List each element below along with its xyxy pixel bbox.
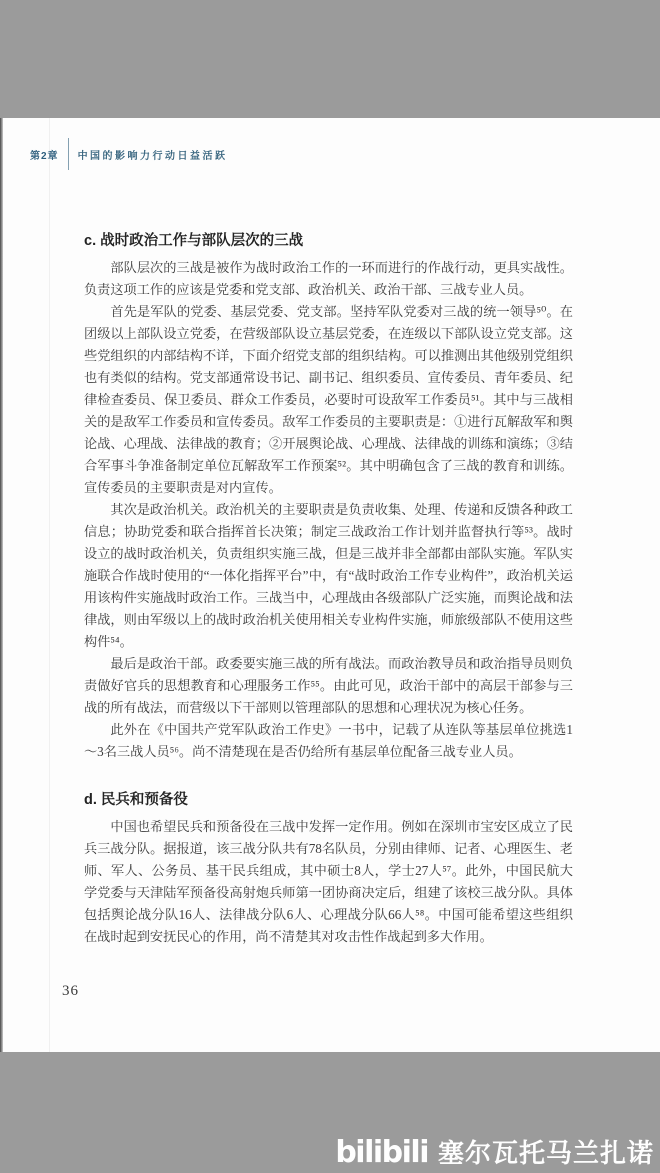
section-c-heading: c. 战时政治工作与部队层次的三战 (84, 230, 573, 252)
running-head: 第2章 中国的影响力行动日益活跃 (30, 138, 228, 170)
page-fold-line (49, 118, 50, 1052)
bilibili-logo: bilibili (335, 1135, 428, 1170)
paragraph: 其次是政治机关。政治机关的主要职责是负责收集、处理、传递和反馈各种政工信息；协助… (84, 499, 573, 653)
page-left-edge-shadow (0, 118, 3, 1052)
watermark: bilibili 塞尔瓦托马兰扎诺 (335, 1133, 654, 1170)
paragraph: 此外在《中国共产党军队政治工作史》一书中，记载了从连队等基层单位挑选1～3名三战… (84, 719, 573, 763)
chapter-number: 第2章 (30, 147, 59, 162)
paragraph: 首先是军队的党委、基层党委、党支部。坚持军队党委对三战的统一领导⁵⁰。在团级以上… (84, 301, 573, 499)
paragraph: 部队层次的三战是被作为战时政治工作的一环而进行的作战行动，更具实战性。负责这项工… (84, 257, 573, 301)
page-number: 36 (62, 983, 79, 1000)
paragraph: 最后是政治干部。政委要实施三战的所有战法。而政治教导员和政治指导员则负责做好官兵… (84, 653, 573, 719)
watermark-username: 塞尔瓦托马兰扎诺 (438, 1133, 654, 1170)
running-head-divider (68, 138, 69, 170)
document-page: 第2章 中国的影响力行动日益活跃 c. 战时政治工作与部队层次的三战 部队层次的… (0, 118, 660, 1052)
chapter-title: 中国的影响力行动日益活跃 (78, 147, 228, 162)
section-d-heading: d. 民兵和预备役 (84, 789, 573, 811)
article-body: c. 战时政治工作与部队层次的三战 部队层次的三战是被作为战时政治工作的一环而进… (84, 230, 573, 948)
screenshot-root: 第2章 中国的影响力行动日益活跃 c. 战时政治工作与部队层次的三战 部队层次的… (0, 0, 660, 1173)
bottom-gray-band: bilibili 塞尔瓦托马兰扎诺 (0, 1052, 660, 1173)
paragraph: 中国也希望民兵和预备役在三战中发挥一定作用。例如在深圳市宝安区成立了民兵三战分队… (84, 816, 573, 948)
